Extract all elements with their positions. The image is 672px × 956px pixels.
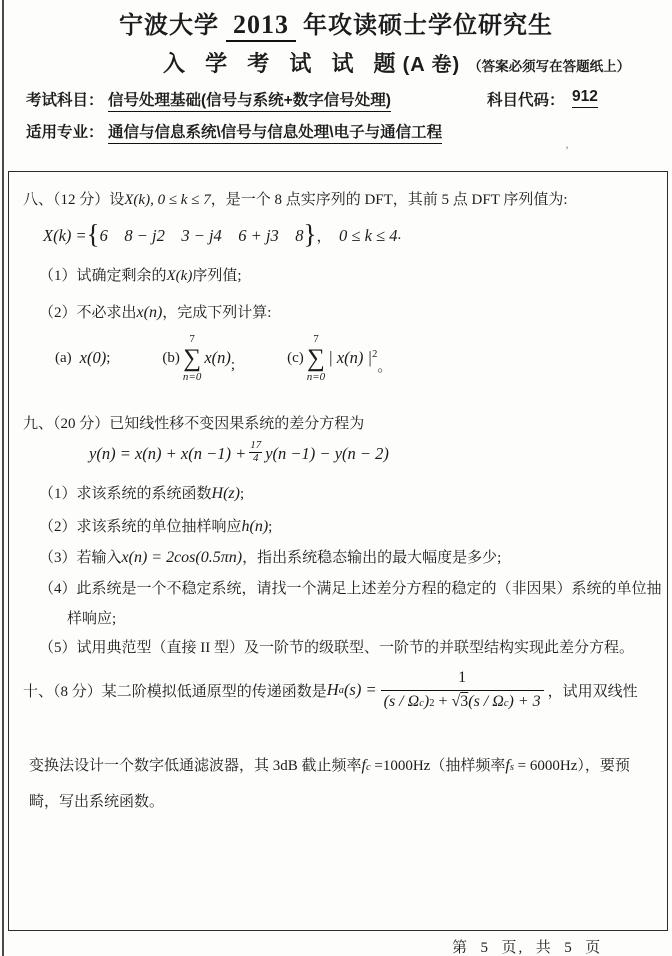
q10-line-2: 变换法设计一个数字低通滤波器，其 3dB 截止频率 f c =1000Hz （抽… bbox=[29, 754, 630, 775]
page-number-footer: 第 5 页, 共 5 页 bbox=[452, 936, 602, 956]
exam-subtitle: 入 学 考 试 试 题 bbox=[163, 47, 403, 78]
q10-H-symbol: H bbox=[327, 680, 339, 700]
subject-code-label: 科目代码： bbox=[487, 88, 565, 110]
q8-formula-range: 0 ≤ k ≤ 4 bbox=[339, 226, 397, 246]
den-plus-sqrt: + √ bbox=[434, 693, 460, 711]
q9-p1-end: ; bbox=[240, 486, 244, 503]
q8-calc-a-sep: ; bbox=[106, 350, 110, 367]
q8-formula-dot: . bbox=[397, 227, 401, 244]
fraction-denominator: (s / Ω c ) 2 + √ 3 (s / Ω c ) + 3 bbox=[381, 693, 544, 711]
q9-p2-pre: （2）求该系统的单位抽样响应 bbox=[39, 515, 242, 536]
q9-part-5: （5）试用典范型（直接 II 型）及一阶节的级联型、一阶节的并联型结构实现此差分… bbox=[39, 636, 634, 657]
q8-formula-lhs: X(k) = bbox=[43, 226, 87, 246]
answer-sheet-note: （答案必须写在答题纸上） bbox=[468, 55, 630, 75]
left-brace: { bbox=[87, 221, 100, 248]
q8-intro-rest: ，是一个 8 点实序列的 DFT，其前 5 点 DFT 序列值为: bbox=[211, 188, 568, 209]
q8-p2-math: x(n) bbox=[137, 304, 163, 322]
question-10-intro: 十、（8 分）某二阶模拟低通原型的传递函数是 H a (s) = 1 (s / … bbox=[23, 660, 638, 720]
subject-label: 考试科目： bbox=[26, 88, 104, 110]
q8-p1-pre: （1）试确定剩余的 bbox=[39, 264, 167, 285]
page-title: 宁波大学 2013 年攻读硕士学位研究生 bbox=[0, 5, 672, 42]
sum-upper-limit: 7 bbox=[313, 334, 319, 345]
q8-p1-math: X(k) bbox=[167, 268, 193, 285]
exam-subtitle-row: 入 学 考 试 试 题 (A 卷) （答案必须写在答题纸上） bbox=[163, 47, 630, 78]
q8-formula-comma: ， bbox=[317, 225, 340, 246]
transfer-function-fraction: 1 (s / Ω c ) 2 + √ 3 (s / Ω c ) + 3 bbox=[381, 669, 544, 711]
q9-p1-pre: （1）求该系统的系统函数 bbox=[39, 482, 212, 503]
sigma-icon: ∑ bbox=[307, 346, 325, 371]
q8-formula-values: 6 8 − j2 3 − j4 6 + j3 8 bbox=[100, 226, 304, 246]
page-edge-line bbox=[2, 0, 4, 956]
q8-calc-b-label: (b) bbox=[162, 350, 180, 367]
q10-line-3: 畸，写出系统函数。 bbox=[29, 790, 164, 811]
q9-part-4-line1: （4）此系统是一个不稳定系统，请找一个满足上述差分方程的稳定的（非因果）系统的单… bbox=[39, 577, 662, 598]
q8-calc-c-label: (c) bbox=[287, 350, 304, 367]
q8-part-2: （2）不必求出 x(n) ，完成下列计算: bbox=[39, 301, 271, 322]
sigma-icon: ∑ bbox=[183, 346, 201, 371]
q8-calc-b-math: x(n) bbox=[204, 348, 231, 368]
subject-value: 信号处理基础(信号与系统+数字信号处理) bbox=[108, 88, 391, 112]
q9-eq-post: y(n −1) − y(n − 2) bbox=[265, 444, 389, 464]
q9-p1-math: H(z) bbox=[212, 485, 240, 503]
den-term-2: (s / Ω bbox=[468, 693, 504, 711]
sum-lower-limit: n=0 bbox=[307, 372, 325, 383]
den-term-1: (s / Ω bbox=[384, 693, 420, 711]
title-suffix: 年攻读硕士学位研究生 bbox=[303, 13, 553, 39]
major-label: 适用专业： bbox=[26, 120, 104, 142]
q8-calc-row: (a) x(0) ; (b) 7 ∑ n=0 x(n) ; (c) 7 ∑ n=… bbox=[55, 330, 392, 386]
summation-symbol-c: 7 ∑ n=0 bbox=[307, 334, 325, 383]
q8-calc-a-label: (a) bbox=[55, 350, 72, 367]
fraction-denominator: 4 bbox=[253, 453, 259, 465]
q8-calc-a-math: x(0) bbox=[80, 348, 107, 368]
q9-p2-math: h(n) bbox=[242, 518, 269, 536]
fraction-bar bbox=[381, 690, 544, 691]
q10-H-arg: (s) = bbox=[344, 680, 377, 700]
q10-l2-a: 变换法设计一个数字低通滤波器，其 3dB 截止频率 bbox=[29, 754, 362, 775]
q9-p3-post: ，指出系统稳态输出的最大幅度是多少; bbox=[242, 546, 501, 567]
q9-part-4-line2: 样响应; bbox=[67, 607, 116, 628]
exam-year: 2013 bbox=[226, 10, 296, 42]
q9-p2-end: ; bbox=[268, 519, 272, 536]
question-8-number: 八、（12 分）设 bbox=[23, 188, 124, 209]
fraction-numerator: 1 bbox=[454, 669, 470, 687]
fraction-numerator: 17 bbox=[249, 440, 262, 453]
summation-symbol-b: 7 ∑ n=0 bbox=[183, 334, 201, 383]
sum-lower-limit: n=0 bbox=[183, 372, 201, 383]
q8-calc-c-end: 。 bbox=[377, 355, 392, 386]
question-9-intro: 九、（20 分）已知线性移不变因果系统的差分方程为 bbox=[23, 412, 364, 433]
q8-p2-post: ，完成下列计算: bbox=[162, 301, 271, 322]
fc-value: =1000Hz bbox=[371, 758, 431, 775]
q10-l2-b: （抽样频率 bbox=[430, 754, 505, 775]
q9-p3-math: x(n) = 2cos(0.5πn) bbox=[122, 549, 243, 567]
q10-l2-c: ），要预 bbox=[577, 754, 630, 775]
q8-dft-formula: X(k) = { 6 8 − j2 3 − j4 6 + j3 8 } ， 0 … bbox=[43, 222, 401, 249]
q9-part-2: （2）求该系统的单位抽样响应 h(n) ; bbox=[39, 515, 272, 536]
q9-p3-pre: （3）若输入 bbox=[39, 546, 122, 567]
right-brace: } bbox=[304, 221, 317, 248]
sum-upper-limit: 7 bbox=[189, 334, 195, 345]
fraction-17-4: 17 4 bbox=[249, 440, 262, 464]
q10-outro: ，试用双线性 bbox=[548, 680, 638, 701]
sqrt-3-radicand: 3 bbox=[460, 693, 468, 711]
q8-calc-c-math: | x(n) | bbox=[328, 348, 372, 368]
questions-frame: 八、（12 分）设 X(k), 0 ≤ k ≤ 7 ，是一个 8 点实序列的 D… bbox=[8, 171, 668, 931]
q9-part-3: （3）若输入 x(n) = 2cos(0.5πn) ，指出系统稳态输出的最大幅度… bbox=[39, 546, 501, 567]
question-8-intro: 八、（12 分）设 X(k), 0 ≤ k ≤ 7 ，是一个 8 点实序列的 D… bbox=[23, 188, 568, 209]
subject-code-value: 912 bbox=[572, 88, 598, 108]
major-value: 通信与信息系统\信号与信息处理\电子与通信工程 bbox=[108, 120, 442, 144]
q8-p1-post: 序列值; bbox=[192, 264, 241, 285]
q9-difference-equation: y(n) = x(n) + x(n −1) + 17 4 y(n −1) − y… bbox=[89, 442, 389, 466]
q10-number-text: 十、（8 分）某二阶模拟低通原型的传递函数是 bbox=[23, 680, 327, 701]
university-name: 宁波大学 bbox=[119, 13, 219, 39]
fs-value: = 6000Hz bbox=[514, 758, 577, 775]
q8-intro-math: X(k), 0 ≤ k ≤ 7 bbox=[124, 192, 210, 209]
q8-p2-pre: （2）不必求出 bbox=[39, 301, 137, 322]
q8-calc-c-exponent: 2 bbox=[372, 349, 377, 360]
den-close-2: ) + 3 bbox=[509, 693, 541, 711]
q9-eq-pre: y(n) = x(n) + x(n −1) + bbox=[89, 444, 246, 464]
q8-part-1: （1）试确定剩余的 X(k) 序列值; bbox=[39, 264, 242, 285]
exam-paper-type: (A 卷) bbox=[403, 48, 461, 77]
q8-calc-b-sep: ; bbox=[231, 357, 235, 386]
scan-artifact: ’ bbox=[565, 143, 569, 158]
exam-paper-page: 宁波大学 2013 年攻读硕士学位研究生 入 学 考 试 试 题 (A 卷) （… bbox=[0, 0, 672, 956]
q9-part-1: （1）求该系统的系统函数 H(z) ; bbox=[39, 482, 244, 503]
